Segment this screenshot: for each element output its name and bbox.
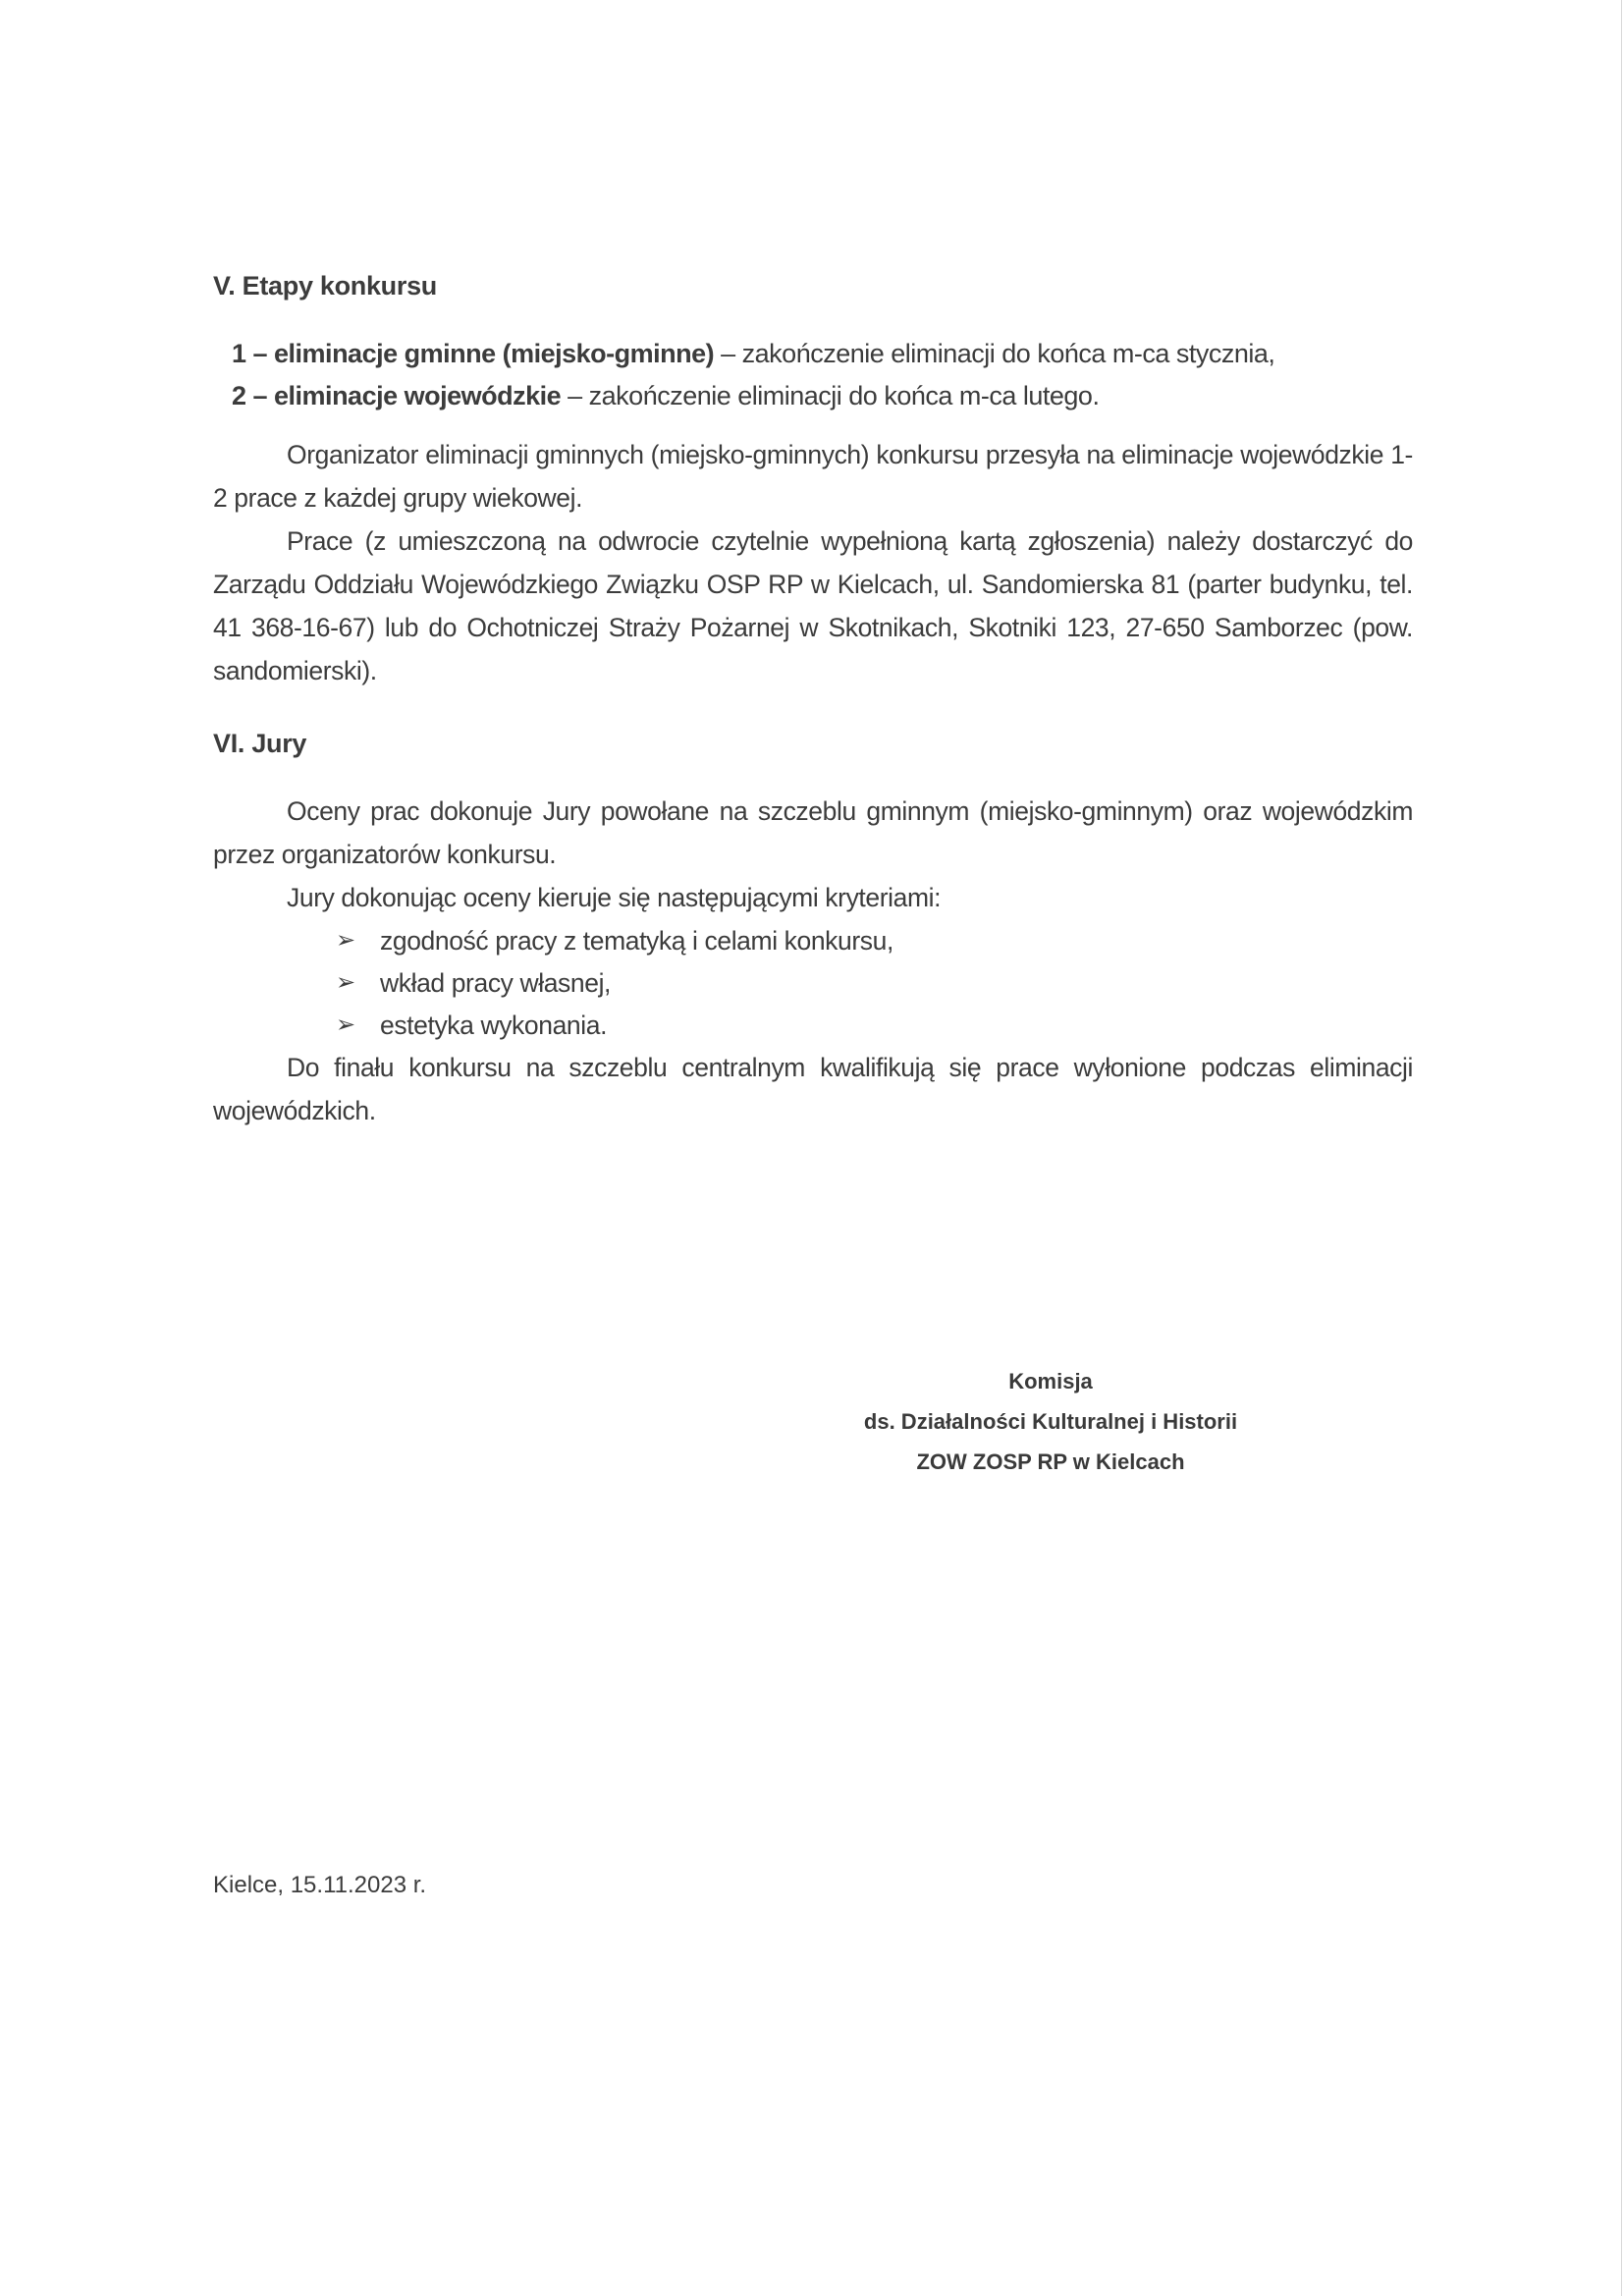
stage-item-2: 2 – eliminacje wojewódzkie – zakończenie… — [232, 374, 1099, 417]
criteria-list: ➢ zgodność pracy z tematyką i celami kon… — [213, 919, 1413, 1046]
paragraph-delivery: Prace (z umieszczoną na odwrocie czyteln… — [213, 519, 1413, 692]
arrowhead-bullet-icon: ➢ — [336, 1004, 355, 1047]
paragraph-final: Do finału konkursu na szczeblu centralny… — [213, 1046, 1413, 1132]
stage-text: – zakończenie eliminacji do końca m-ca s… — [714, 339, 1274, 368]
arrowhead-bullet-icon: ➢ — [336, 961, 355, 1005]
stage-text: – zakończenie eliminacji do końca m-ca l… — [561, 381, 1099, 410]
list-item: ➢ wkład pracy własnej, — [213, 961, 1413, 1004]
criterion-text: wkład pracy własnej, — [380, 968, 611, 998]
section-heading-stages: V. Etapy konkursu — [213, 271, 437, 301]
scan-page-edge — [1621, 0, 1622, 2296]
criterion-text: zgodność pracy z tematyką i celami konku… — [380, 926, 893, 956]
list-item: ➢ estetyka wykonania. — [213, 1004, 1413, 1046]
jury-body: Oceny prac dokonuje Jury powołane na szc… — [213, 790, 1413, 1132]
list-item: ➢ zgodność pracy z tematyką i celami kon… — [213, 919, 1413, 961]
stage-label: 1 – eliminacje gminne (miejsko-gminne) — [232, 339, 714, 368]
stage-label: 2 – eliminacje wojewódzkie — [232, 381, 561, 410]
stage-item-1: 1 – eliminacje gminne (miejsko-gminne) –… — [232, 332, 1274, 375]
paragraph-criteria-lead: Jury dokonując oceny kieruje się następu… — [213, 876, 1413, 919]
signature-line-committee: Komisja — [805, 1361, 1296, 1401]
signature-block: Komisja ds. Działalności Kulturalnej i H… — [805, 1361, 1296, 1482]
section-heading-jury: VI. Jury — [213, 729, 306, 759]
stages-body: Organizator eliminacji gminnych (miejsko… — [213, 433, 1413, 692]
paragraph-jury-intro: Oceny prac dokonuje Jury powołane na szc… — [213, 790, 1413, 876]
place-date: Kielce, 15.11.2023 r. — [213, 1872, 426, 1899]
signature-line-department: ds. Działalności Kulturalnej i Historii — [805, 1401, 1296, 1442]
paragraph-organizer: Organizator eliminacji gminnych (miejsko… — [213, 433, 1413, 519]
criterion-text: estetyka wykonania. — [380, 1011, 607, 1040]
signature-line-organization: ZOW ZOSP RP w Kielcach — [805, 1442, 1296, 1482]
arrowhead-bullet-icon: ➢ — [336, 919, 355, 962]
